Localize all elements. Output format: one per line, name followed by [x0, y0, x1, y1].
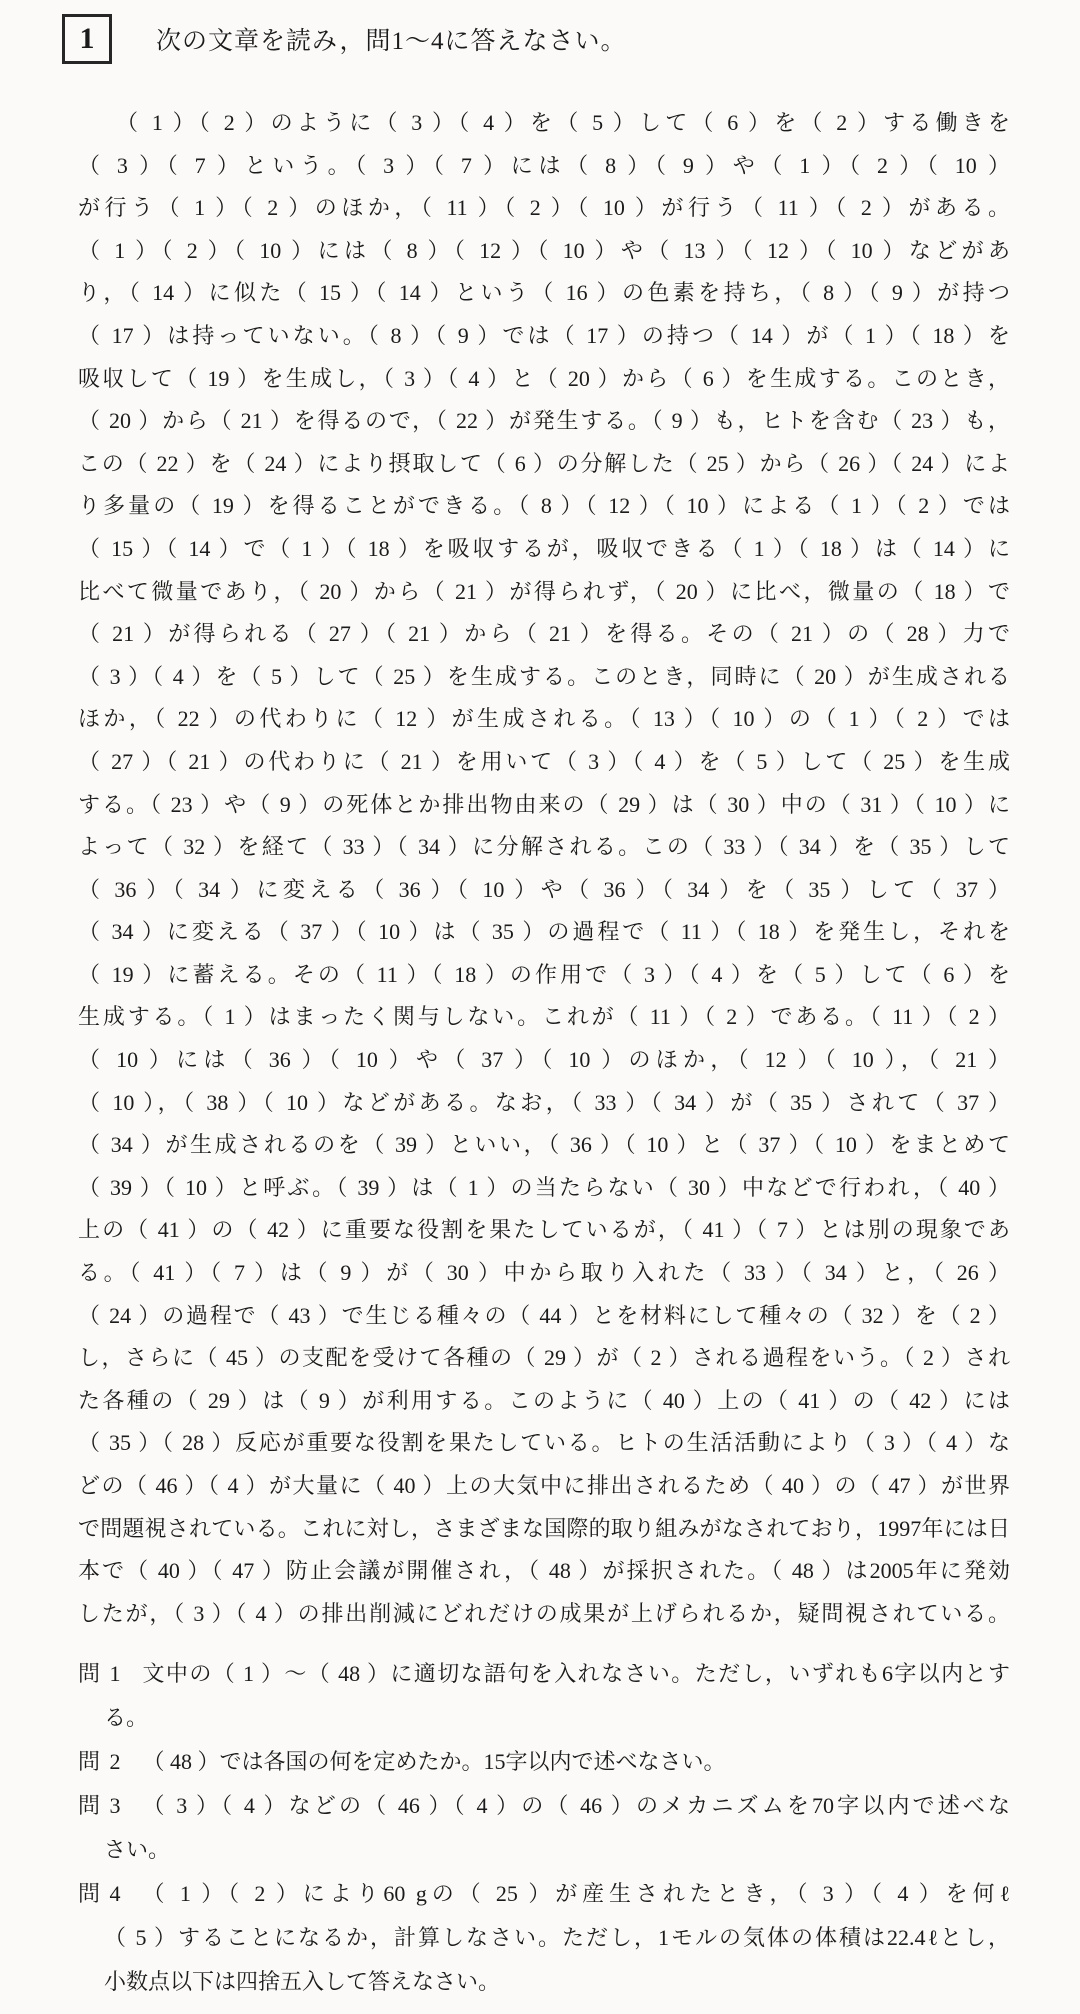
section-header: 1 次の文章を読み，問1～4に答えなさい。	[62, 14, 627, 64]
passage-line: （ 1 ）（ 2 ）（ 10 ）には（ 8 ）（ 12 ）（ 10 ）や（ 13…	[78, 230, 1010, 273]
passage-line: （ 24 ）の過程で（ 43 ）で生じる種々の（ 44 ）とを材料にして種々の（…	[78, 1295, 1010, 1338]
passage-line: （ 10 ）には（ 36 ）（ 10 ）や（ 37 ）（ 10 ）のほか，（ 1…	[78, 1039, 1010, 1082]
question-text: （ 48 ）では各国の何を定めたか。15字以内で述べなさい。	[143, 1740, 1010, 1784]
passage-line: （ 17 ）は持っていない。（ 8 ）（ 9 ）では（ 17 ）の持つ（ 14 …	[78, 315, 1010, 358]
passage-line: （ 21 ）が得られる（ 27 ）（ 21 ）から（ 21 ）を得る。その（ 2…	[78, 613, 1010, 656]
question-line: 問 3 （ 3 ）（ 4 ）などの（ 46 ）（ 4 ）の（ 46 ）のメカニズ…	[78, 1784, 1010, 1828]
passage-line: で問題視されている。これに対し，さまざまな国際的取り組みがなされており，1997…	[78, 1508, 1010, 1551]
section-number-box: 1	[62, 14, 112, 64]
passage-line: （ 10 ），（ 38 ）（ 10 ）などがある。なお，（ 33 ）（ 34 ）…	[78, 1082, 1010, 1125]
passage-line: 上の（ 41 ）の（ 42 ）に重要な役割を果たしているが，（ 41 ）（ 7 …	[78, 1209, 1010, 1252]
passage-line: したが，（ 3 ）（ 4 ）の排出削減にどれだけの成果が上げられるか，疑問視され…	[78, 1593, 1010, 1636]
passage-line: （ 3 ）（ 7 ）という。（ 3 ）（ 7 ）には（ 8 ）（ 9 ）や（ 1…	[78, 145, 1010, 188]
section-number: 1	[80, 22, 95, 56]
exam-document-page: 1 次の文章を読み，問1～4に答えなさい。 （ 1 ）（ 2 ）のように（ 3 …	[0, 0, 1080, 2014]
passage-line: （ 27 ）（ 21 ）の代わりに（ 21 ）を用いて（ 3 ）（ 4 ）を（ …	[78, 741, 1010, 784]
question-line: さい。	[104, 1828, 1010, 1872]
passage-line: し，さらに（ 45 ）の支配を受けて各種の（ 29 ）が（ 2 ）される過程をい…	[78, 1337, 1010, 1380]
passage-line: る。（ 41 ）（ 7 ）は（ 9 ）が（ 30 ）中から取り入れた（ 33 ）…	[78, 1252, 1010, 1295]
passage-line: この（ 22 ）を（ 24 ）により摂取して（ 6 ）の分解した（ 25 ）から…	[78, 443, 1010, 486]
question-line: 問 2 （ 48 ）では各国の何を定めたか。15字以内で述べなさい。	[78, 1740, 1010, 1784]
question-item-1: 問 1 文中の（ 1 ）～（ 48 ）に適切な語句を入れなさい。ただし，いずれも…	[78, 1652, 1010, 1740]
section-instruction: 次の文章を読み，問1～4に答えなさい。	[156, 21, 627, 57]
passage-line: ほか，（ 22 ）の代わりに（ 12 ）が生成される。（ 13 ）（ 10 ）の…	[78, 698, 1010, 741]
passage-line: り，（ 14 ）に似た（ 15 ）（ 14 ）という（ 16 ）の色素を持ち，（…	[78, 272, 1010, 315]
passage-line: 生成する。（ 1 ）はまったく関与しない。これが（ 11 ）（ 2 ）である。（…	[78, 996, 1010, 1039]
passage-line: （ 15 ）（ 14 ）で（ 1 ）（ 18 ）を吸収するが，吸収できる（ 1 …	[78, 528, 1010, 571]
passage-line: （ 3 ）（ 4 ）を（ 5 ）して（ 25 ）を生成する。このとき，同時に（ …	[78, 656, 1010, 699]
passage-line: 本で（ 40 ）（ 47 ）防止会議が開催され，（ 48 ）が採択された。（ 4…	[78, 1550, 1010, 1593]
question-text: （ 1 ）（ 2 ）により60 gの（ 25 ）が産生されたとき，（ 3 ）（ …	[143, 1872, 1010, 1916]
passage-line: （ 39 ）（ 10 ）と呼ぶ。（ 39 ）は（ 1 ）の当たらない（ 30 ）…	[78, 1167, 1010, 1210]
question-line: 問 4 （ 1 ）（ 2 ）により60 gの（ 25 ）が産生されたとき，（ 3…	[78, 1872, 1010, 1916]
question-label: 問 3	[78, 1784, 123, 1828]
question-item-3: 問 3 （ 3 ）（ 4 ）などの（ 46 ）（ 4 ）の（ 46 ）のメカニズ…	[78, 1784, 1010, 1872]
question-item-2: 問 2 （ 48 ）では各国の何を定めたか。15字以内で述べなさい。	[78, 1740, 1010, 1784]
passage-line: （ 19 ）に蓄える。その（ 11 ）（ 18 ）の作用で（ 3 ）（ 4 ）を…	[78, 954, 1010, 997]
passage-line: が行う（ 1 ）（ 2 ）のほか，（ 11 ）（ 2 ）（ 10 ）が行う（ 1…	[78, 187, 1010, 230]
question-text: （ 3 ）（ 4 ）などの（ 46 ）（ 4 ）の（ 46 ）のメカニズムを70…	[143, 1784, 1010, 1828]
passage-line: よって（ 32 ）を経て（ 33 ）（ 34 ）に分解される。この（ 33 ）（…	[78, 826, 1010, 869]
passage-line: する。（ 23 ）や（ 9 ）の死体とか排出物由来の（ 29 ）は（ 30 ）中…	[78, 784, 1010, 827]
question-line: る。	[104, 1696, 1010, 1740]
passage-line: 吸収して（ 19 ）を生成し，（ 3 ）（ 4 ）と（ 20 ）から（ 6 ）を…	[78, 358, 1010, 401]
question-label: 問 1	[78, 1652, 123, 1696]
passage-line: （ 20 ）から（ 21 ）を得るので，（ 22 ）が発生する。（ 9 ）も，ヒ…	[78, 400, 1010, 443]
question-line: （ 5 ）することになるか，計算しなさい。ただし，1モルの気体の体積は22.4ℓ…	[104, 1916, 1010, 1960]
question-label: 問 4	[78, 1872, 123, 1916]
passage-line: り多量の（ 19 ）を得ることができる。（ 8 ）（ 12 ）（ 10 ）による…	[78, 485, 1010, 528]
passage-line: （ 35 ）（ 28 ）反応が重要な役割を果たしている。ヒトの生活活動により（ …	[78, 1422, 1010, 1465]
passage-line: どの（ 46 ）（ 4 ）が大量に（ 40 ）上の大気中に排出されるため（ 40…	[78, 1465, 1010, 1508]
passage-line: （ 34 ）に変える（ 37 ）（ 10 ）は（ 35 ）の過程で（ 11 ）（…	[78, 911, 1010, 954]
passage-line: （ 36 ）（ 34 ）に変える（ 36 ）（ 10 ）や（ 36 ）（ 34 …	[78, 869, 1010, 912]
passage-line: （ 34 ）が生成されるのを（ 39 ）といい，（ 36 ）（ 10 ）と（ 3…	[78, 1124, 1010, 1167]
passage-line: 比べて微量であり，（ 20 ）から（ 21 ）が得られず，（ 20 ）に比べ，微…	[78, 571, 1010, 614]
question-text: 文中の（ 1 ）～（ 48 ）に適切な語句を入れなさい。ただし，いずれも6字以内…	[143, 1652, 1010, 1696]
questions-section: 問 1 文中の（ 1 ）～（ 48 ）に適切な語句を入れなさい。ただし，いずれも…	[78, 1652, 1010, 2004]
passage-paragraph: （ 1 ）（ 2 ）のように（ 3 ）（ 4 ）を（ 5 ）して（ 6 ）を（ …	[78, 102, 1010, 1635]
question-item-4: 問 4 （ 1 ）（ 2 ）により60 gの（ 25 ）が産生されたとき，（ 3…	[78, 1872, 1010, 2004]
question-label: 問 2	[78, 1740, 123, 1784]
question-line: 問 1 文中の（ 1 ）～（ 48 ）に適切な語句を入れなさい。ただし，いずれも…	[78, 1652, 1010, 1696]
passage-line: （ 1 ）（ 2 ）のように（ 3 ）（ 4 ）を（ 5 ）して（ 6 ）を（ …	[78, 102, 1010, 145]
passage-line: た各種の（ 29 ）は（ 9 ）が利用する。このように（ 40 ）上の（ 41 …	[78, 1380, 1010, 1423]
question-line: 小数点以下は四捨五入して答えなさい。	[104, 1960, 1010, 2004]
